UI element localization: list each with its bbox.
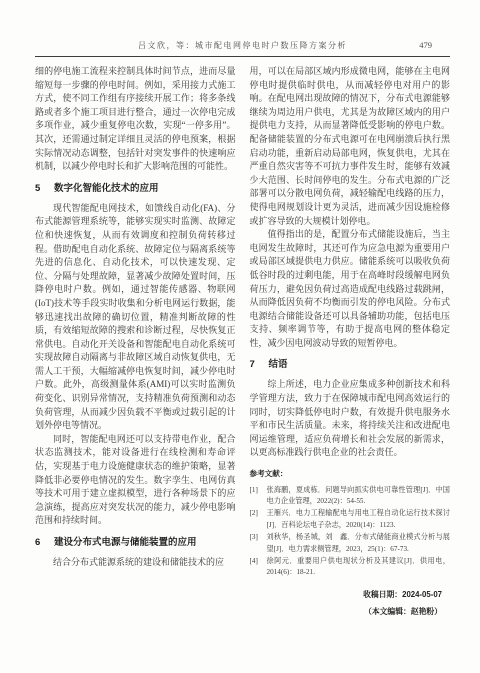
paper-page: 吕文欣，等：城市配电网停电时户数压降方案分析 479 细的停电施工流程来控制具体… bbox=[0, 0, 480, 673]
paragraph: 结合分布式能源系统的建设和储能技术的应 bbox=[35, 556, 236, 570]
section-title: 建设分布式电源与储能装置的应用 bbox=[54, 537, 197, 548]
page-header: 吕文欣，等：城市配电网停电时户数压降方案分析 479 bbox=[35, 40, 450, 52]
section-heading-6: 6 建设分布式电源与储能装置的应用 bbox=[35, 536, 236, 549]
section-title: 数字化智能化技术的应用 bbox=[54, 183, 159, 194]
reference-item: [3] 刘秋华，杨圣城，刘 鑫．分布式储能商业模式分析与展望[J]．电力需求侧管… bbox=[250, 532, 451, 555]
reference-number: [3] bbox=[250, 532, 267, 555]
reference-number: [1] bbox=[250, 485, 267, 508]
paragraph: 综上所述，电力企业应集成多种创新技术和科学管理方法，致力于在保障城市配电网高效运… bbox=[250, 378, 451, 460]
reference-item: [4] 徐阿元．重要用户供电现状分析及其建议[J]．供用电，2014(6)：18… bbox=[250, 556, 451, 579]
section-heading-7: 7 结语 bbox=[250, 358, 451, 371]
received-date: 收稿日期：2024-05-07 bbox=[250, 588, 451, 602]
reference-number: [2] bbox=[250, 508, 267, 531]
section-number: 6 bbox=[35, 537, 40, 548]
page-number: 479 bbox=[419, 40, 432, 50]
section-heading-5: 5 数字化智能化技术的应用 bbox=[35, 182, 236, 195]
paragraph-continued: 用，可以在局部区域内形成微电网，能够在主电网停电时提供临时供电，从而减轻停电对用… bbox=[250, 65, 451, 228]
paragraph: 现代智能配电网技术，如馈线自动化(FA)、分布式能源管理系统等，能够实现实时监测… bbox=[35, 202, 236, 433]
reference-text: 刘秋华，杨圣城，刘 鑫．分布式储能商业模式分析与展望[J]．电力需求侧管理，20… bbox=[267, 532, 451, 555]
two-column-body: 细的停电施工流程来控制具体时间节点，进而尽量缩短每一步骤的停电时间。例如，采用接… bbox=[35, 65, 450, 663]
header-rule bbox=[35, 56, 450, 57]
paragraph: 值得指出的是，配置分布式储能设施后，当主电网发生故障时，其还可作为应急电源为重要… bbox=[250, 228, 451, 350]
references-heading: 参考文献： bbox=[250, 467, 451, 481]
reference-text: 张海鹏，夏成栋．问题导向抓实供电可靠性管理[J]．中国电力企业管理，2022(2… bbox=[267, 485, 451, 508]
reference-item: [1] 张海鹏，夏成栋．问题导向抓实供电可靠性管理[J]．中国电力企业管理，20… bbox=[250, 485, 451, 508]
paragraph: 同时，智能配电网还可以支持带电作业，配合状态监测技术，能对设备进行在线检测和寿命… bbox=[35, 433, 236, 528]
reference-item: [2] 王雁兴．电力工程输配电与用电工程自动化运行技术探讨[J]．百科论坛电子杂… bbox=[250, 508, 451, 531]
running-title: 吕文欣，等：城市配电网停电时户数压降方案分析 bbox=[35, 40, 450, 51]
reference-number: [4] bbox=[250, 556, 267, 579]
reference-text: 徐阿元．重要用户供电现状分析及其建议[J]．供用电，2014(6)：18-21. bbox=[267, 556, 451, 579]
paragraph-continued: 细的停电施工流程来控制具体时间节点，进而尽量缩短每一步骤的停电时间。例如，采用接… bbox=[35, 65, 236, 174]
editor-note: （本文编辑：赵艳粉） bbox=[250, 605, 451, 619]
section-number: 7 bbox=[250, 359, 255, 370]
reference-text: 王雁兴．电力工程输配电与用电工程自动化运行技术探讨[J]．百科论坛电子杂志，20… bbox=[267, 508, 451, 531]
section-number: 5 bbox=[35, 183, 40, 194]
section-title: 结语 bbox=[268, 359, 287, 370]
right-column: 用，可以在局部区域内形成微电网，能够在主电网停电时提供临时供电，从而减轻停电对用… bbox=[250, 65, 451, 663]
left-column: 细的停电施工流程来控制具体时间节点，进而尽量缩短每一步骤的停电时间。例如，采用接… bbox=[35, 65, 236, 663]
